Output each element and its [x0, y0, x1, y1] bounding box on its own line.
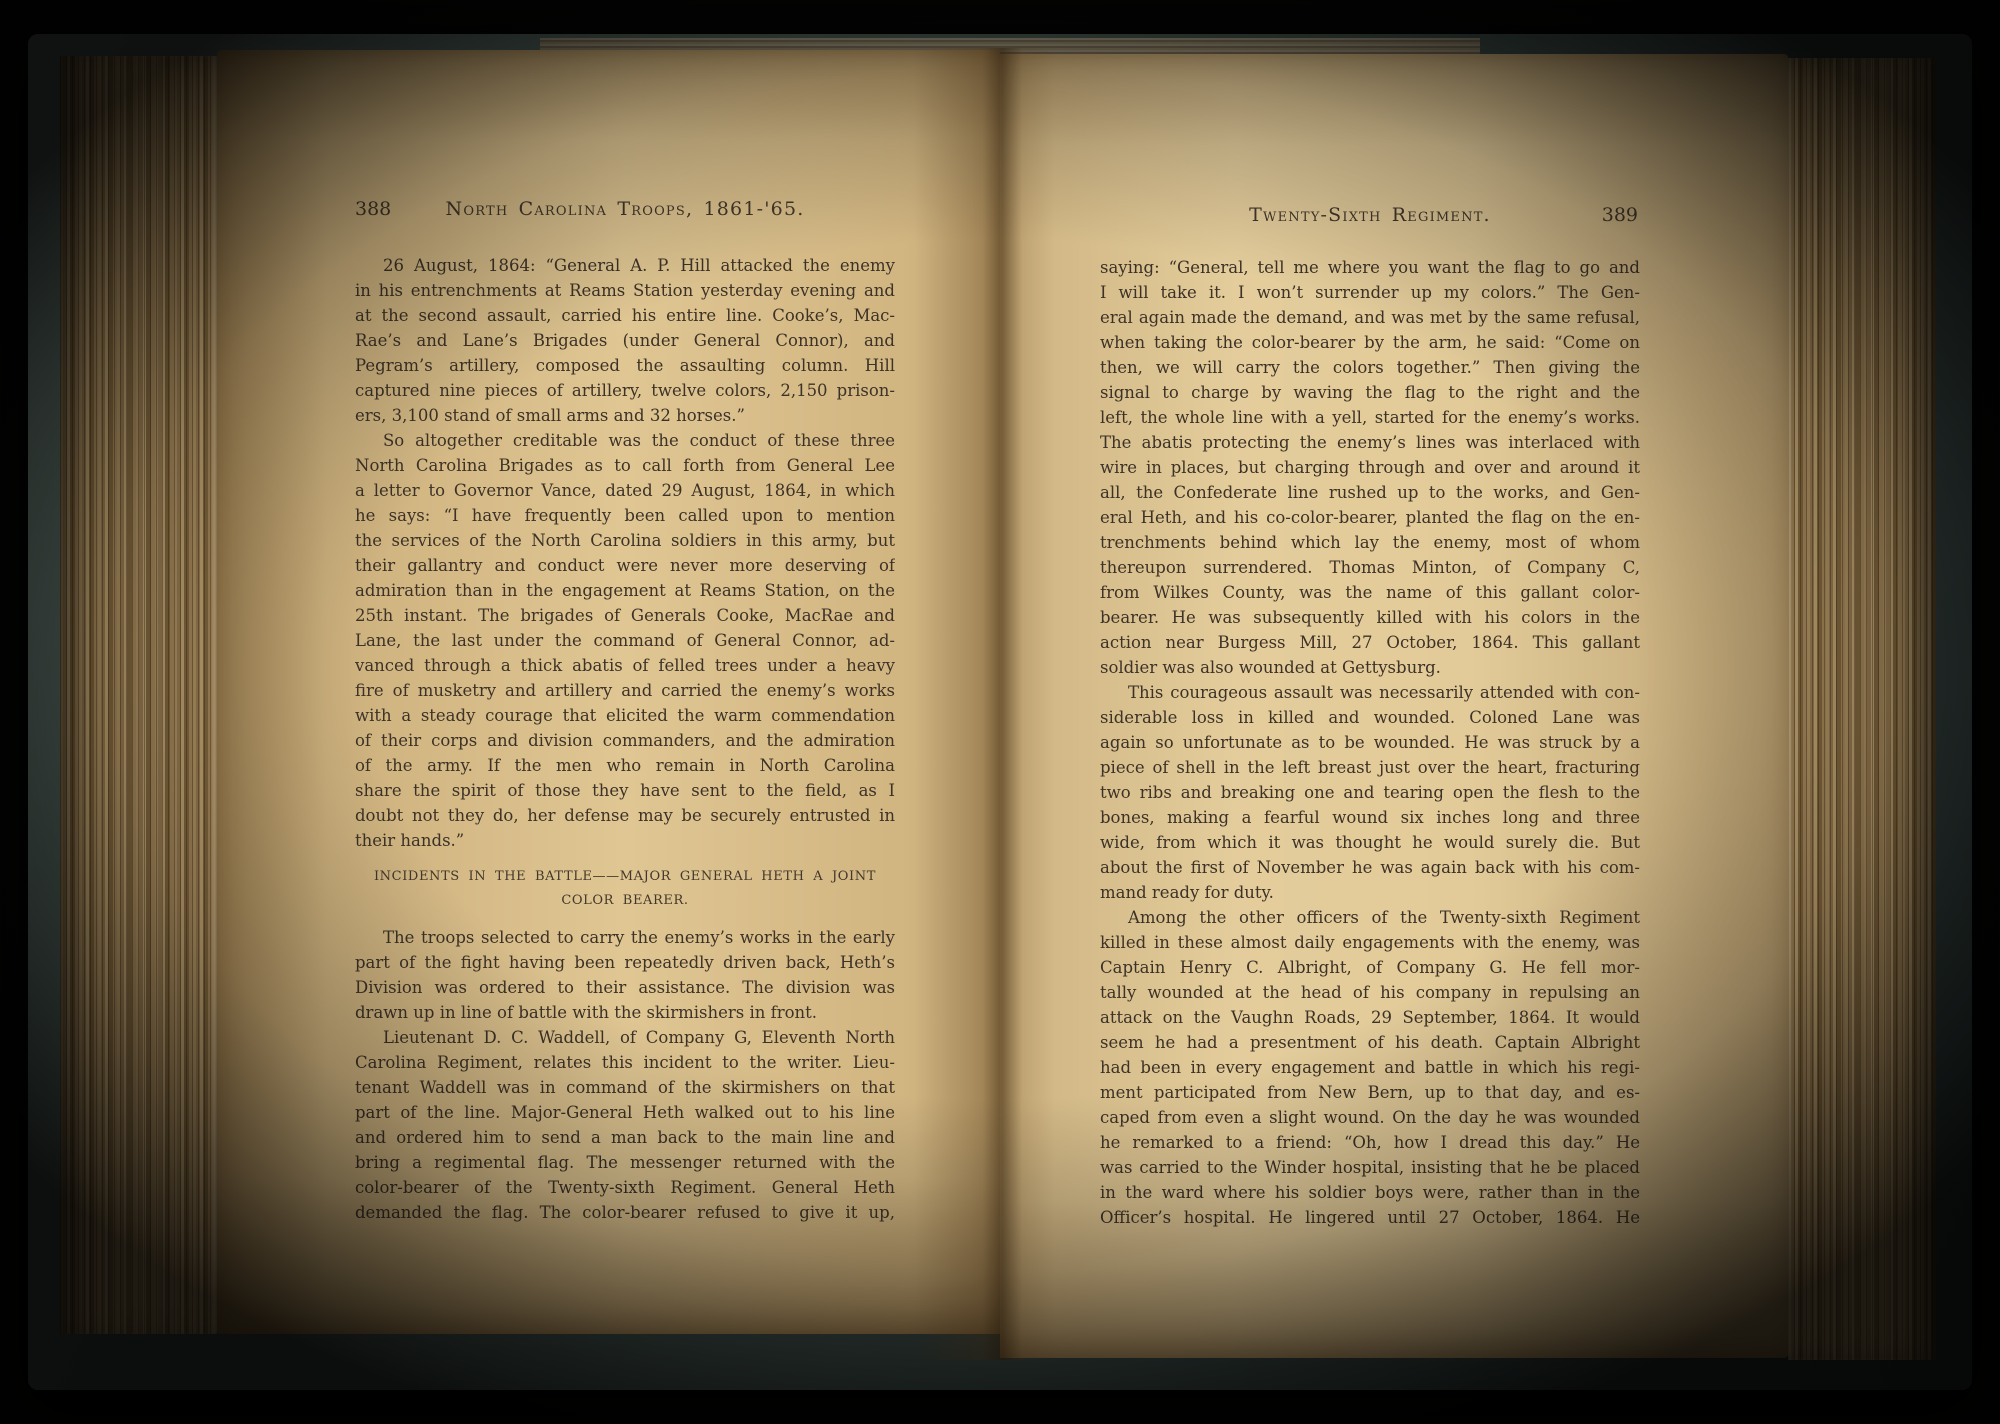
left-running-header: North Carolina Troops, 1861-'65. [355, 198, 895, 220]
text-line: part of the line. Major-General Heth wal… [355, 1100, 895, 1125]
section-heading: INCIDENTS IN THE BATTLE——MAJOR GENERAL H… [355, 866, 895, 914]
text-line: Rae’s and Lane’s Brigades (under General… [355, 328, 895, 353]
text-line: he says: “I have frequently been called … [355, 503, 895, 528]
text-line: signal to charge by waving the flag to t… [1100, 380, 1640, 405]
text-line: in the ward where his soldier boys were,… [1100, 1180, 1640, 1205]
text-line: their gallantry and conduct were never m… [355, 553, 895, 578]
text-line: Lieutenant D. C. Waddell, of Company G, … [355, 1025, 895, 1050]
text-line: ment participated from New Bern, up to t… [1100, 1080, 1640, 1105]
right-page-text: saying: “General, tell me where you want… [1100, 255, 1640, 1230]
text-line: 26 August, 1864: “General A. P. Hill att… [355, 253, 895, 278]
paragraph: The troops selected to carry the enemy’s… [355, 925, 895, 1025]
text-line: attack on the Vaughn Roads, 29 September… [1100, 1005, 1640, 1030]
text-line: caped from even a slight wound. On the d… [1100, 1105, 1640, 1130]
gutter-shadow [914, 48, 1094, 1360]
book-photo: 388 North Carolina Troops, 1861-'65. 26 … [0, 0, 2000, 1424]
text-line: a letter to Governor Vance, dated 29 Aug… [355, 478, 895, 503]
text-line: of their corps and division commanders, … [355, 728, 895, 753]
text-line: fire of musketry and artillery and carri… [355, 678, 895, 703]
text-line: action near Burgess Mill, 27 October, 18… [1100, 630, 1640, 655]
right-running-header: Twenty-Sixth Regiment. [1100, 204, 1640, 226]
right-page-number: 389 [1602, 204, 1638, 226]
text-line: This courageous assault was necessarily … [1100, 680, 1640, 705]
text-line: ers, 3,100 stand of small arms and 32 ho… [355, 403, 895, 428]
left-page-header: 388 North Carolina Troops, 1861-'65. [355, 198, 895, 226]
text-line: was carried to the Winder hospital, insi… [1100, 1155, 1640, 1180]
text-line: Pegram’s artillery, composed the assault… [355, 353, 895, 378]
left-page-text: 26 August, 1864: “General A. P. Hill att… [355, 253, 895, 1225]
text-line: trenchments behind which lay the enemy, … [1100, 530, 1640, 555]
text-line: part of the fight having been repeatedly… [355, 950, 895, 975]
paragraph: Among the other officers of the Twenty-s… [1100, 905, 1640, 1230]
text-line: eral Heth, and his co-color-bearer, plan… [1100, 505, 1640, 530]
text-line: North Carolina Brigades as to call forth… [355, 453, 895, 478]
text-line: at the second assault, carried his entir… [355, 303, 895, 328]
text-line: wire in places, but charging through and… [1100, 455, 1640, 480]
text-line: color-bearer of the Twenty-sixth Regimen… [355, 1175, 895, 1200]
text-line: in his entrenchments at Reams Station ye… [355, 278, 895, 303]
text-line: bring a regimental flag. The messenger r… [355, 1150, 895, 1175]
text-line: left, the whole line with a yell, starte… [1100, 405, 1640, 430]
text-line: two ribs and breaking one and tearing op… [1100, 780, 1640, 805]
paragraph: This courageous assault was necessarily … [1100, 680, 1640, 905]
paragraph: So altogether creditable was the conduct… [355, 428, 895, 853]
text-line: mand ready for duty. [1100, 880, 1640, 905]
right-page: Twenty-Sixth Regiment. 389 saying: “Gene… [1000, 54, 1788, 1358]
heading-line: INCIDENTS IN THE BATTLE——MAJOR GENERAL H… [355, 866, 895, 890]
text-line: soldier was also wounded at Gettysburg. [1100, 655, 1640, 680]
text-line: tally wounded at the head of his company… [1100, 980, 1640, 1005]
text-line: all, the Confederate line rushed up to t… [1100, 480, 1640, 505]
text-line: admiration than in the engagement at Rea… [355, 578, 895, 603]
text-line: their hands.” [355, 828, 895, 853]
right-page-stack [1788, 58, 1936, 1360]
text-line: Division was ordered to their assistance… [355, 975, 895, 1000]
text-line: doubt not they do, her defense may be se… [355, 803, 895, 828]
text-line: then, we will carry the colors together.… [1100, 355, 1640, 380]
text-line: The abatis protecting the enemy’s lines … [1100, 430, 1640, 455]
text-line: eral again made the demand, and was met … [1100, 305, 1640, 330]
text-line: again so unfortunate as to be wounded. H… [1100, 730, 1640, 755]
text-line: tenant Waddell was in command of the ski… [355, 1075, 895, 1100]
paragraph: saying: “General, tell me where you want… [1100, 255, 1640, 680]
left-page-number: 388 [355, 198, 391, 220]
text-line: Among the other officers of the Twenty-s… [1100, 905, 1640, 930]
text-line: wide, from which it was thought he would… [1100, 830, 1640, 855]
text-line: the services of the North Carolina soldi… [355, 528, 895, 553]
text-line: of the army. If the men who remain in No… [355, 753, 895, 778]
text-line: bones, making a fearful wound six inches… [1100, 805, 1640, 830]
text-line: thereupon surrendered. Thomas Minton, of… [1100, 555, 1640, 580]
text-line: captured nine pieces of artillery, twelv… [355, 378, 895, 403]
text-line: Lane, the last under the command of Gene… [355, 628, 895, 653]
text-line: seem he had a presentment of his death. … [1100, 1030, 1640, 1055]
text-line: The troops selected to carry the enemy’s… [355, 925, 895, 950]
text-line: Carolina Regiment, relates this incident… [355, 1050, 895, 1075]
paragraph: Lieutenant D. C. Waddell, of Company G, … [355, 1025, 895, 1225]
text-line: siderable loss in killed and wounded. Co… [1100, 705, 1640, 730]
text-line: when taking the color-bearer by the arm,… [1100, 330, 1640, 355]
text-line: about the first of November he was again… [1100, 855, 1640, 880]
text-line: So altogether creditable was the conduct… [355, 428, 895, 453]
text-line: piece of shell in the left breast just o… [1100, 755, 1640, 780]
text-line: Captain Henry C. Albright, of Company G.… [1100, 955, 1640, 980]
right-page-header: Twenty-Sixth Regiment. 389 [1100, 204, 1640, 232]
text-line: I will take it. I won’t surrender up my … [1100, 280, 1640, 305]
text-line: bearer. He was subsequently killed with … [1100, 605, 1640, 630]
text-line: he remarked to a friend: “Oh, how I drea… [1100, 1130, 1640, 1155]
left-page: 388 North Carolina Troops, 1861-'65. 26 … [217, 50, 1000, 1334]
text-line: demanded the flag. The color-bearer refu… [355, 1200, 895, 1225]
text-line: share the spirit of those they have sent… [355, 778, 895, 803]
text-line: 25th instant. The brigades of Generals C… [355, 603, 895, 628]
text-line: and ordered him to send a man back to th… [355, 1125, 895, 1150]
heading-line: COLOR BEARER. [355, 890, 895, 914]
text-line: with a steady courage that elicited the … [355, 703, 895, 728]
text-line: had been in every engagement and battle … [1100, 1055, 1640, 1080]
text-line: saying: “General, tell me where you want… [1100, 255, 1640, 280]
text-line: killed in these almost daily engagements… [1100, 930, 1640, 955]
paragraph: 26 August, 1864: “General A. P. Hill att… [355, 253, 895, 428]
text-line: from Wilkes County, was the name of this… [1100, 580, 1640, 605]
text-line: vanced through a thick abatis of felled … [355, 653, 895, 678]
text-line: drawn up in line of battle with the skir… [355, 1000, 895, 1025]
left-page-stack [60, 56, 217, 1334]
text-line: Officer’s hospital. He lingered until 27… [1100, 1205, 1640, 1230]
